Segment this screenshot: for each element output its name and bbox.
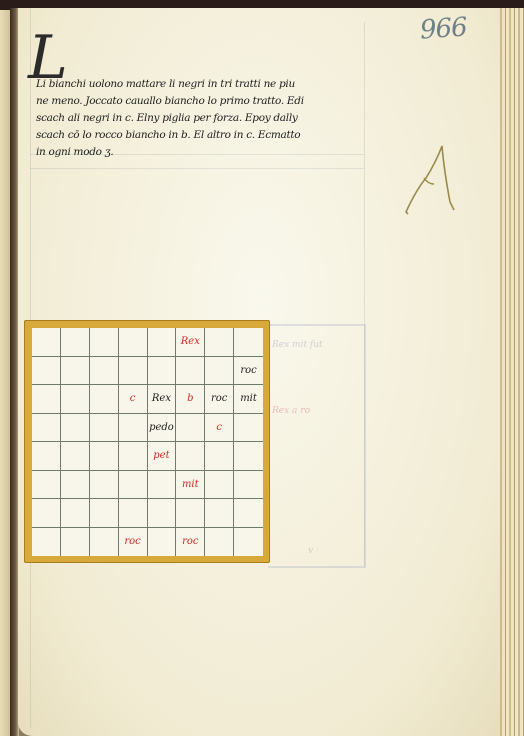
board-square — [90, 385, 119, 414]
board-square — [90, 528, 119, 557]
board-square — [119, 442, 148, 471]
board-square — [32, 528, 61, 557]
ruling-line — [30, 168, 364, 169]
board-square — [234, 499, 263, 528]
text-line: in ogni modo ʒ. — [36, 144, 372, 161]
board-square — [205, 357, 234, 386]
chess-piece-label: pedo — [149, 422, 174, 433]
chess-piece-label: mit — [182, 479, 199, 490]
bleed-through-text: Rex a ro — [272, 406, 310, 416]
board-square: roc — [234, 357, 263, 386]
page-stack-edges — [500, 8, 524, 736]
board-square — [61, 528, 90, 557]
text-line: scach cō lo rocco biancho in b. El altro… — [36, 127, 372, 144]
board-square — [119, 357, 148, 386]
board-square — [90, 471, 119, 500]
board-square — [90, 499, 119, 528]
chess-board-grid: RexroccRexbrocmitpedocpetmitrocroc — [32, 328, 263, 556]
chess-piece-label: roc — [124, 536, 140, 547]
board-square — [90, 414, 119, 443]
board-square — [148, 328, 177, 357]
board-square: roc — [176, 528, 205, 557]
board-square — [61, 471, 90, 500]
board-square — [176, 442, 205, 471]
chess-board: RexroccRexbrocmitpedocpetmitrocroc — [24, 320, 270, 563]
board-square — [32, 471, 61, 500]
board-square — [205, 471, 234, 500]
board-square — [32, 499, 61, 528]
board-square — [32, 357, 61, 386]
board-square — [205, 528, 234, 557]
board-square — [148, 499, 177, 528]
board-square — [234, 414, 263, 443]
bleed-through-text: v · — [308, 546, 319, 556]
board-square: mit — [176, 471, 205, 500]
board-square — [61, 385, 90, 414]
board-square: c — [205, 414, 234, 443]
board-square — [176, 414, 205, 443]
chess-piece-label: c — [216, 422, 222, 433]
board-square: Rex — [148, 385, 177, 414]
board-square — [32, 414, 61, 443]
board-square: Rex — [176, 328, 205, 357]
chess-piece-label: roc — [240, 365, 256, 376]
board-square — [119, 414, 148, 443]
board-square — [148, 471, 177, 500]
board-square — [119, 499, 148, 528]
board-square — [234, 471, 263, 500]
board-square — [234, 442, 263, 471]
board-square: pet — [148, 442, 177, 471]
board-square — [205, 442, 234, 471]
board-square — [90, 328, 119, 357]
board-square — [148, 528, 177, 557]
board-square: b — [176, 385, 205, 414]
board-square: mit — [234, 385, 263, 414]
chess-piece-label: pet — [153, 450, 169, 461]
chess-piece-label: c — [130, 393, 136, 404]
chess-piece-label: b — [187, 393, 193, 404]
board-square: roc — [119, 528, 148, 557]
board-square: roc — [205, 385, 234, 414]
board-square — [61, 414, 90, 443]
board-square — [32, 328, 61, 357]
board-square: pedo — [148, 414, 177, 443]
board-square — [90, 442, 119, 471]
board-square — [234, 528, 263, 557]
chess-piece-label: mit — [240, 393, 257, 404]
board-square — [176, 499, 205, 528]
problem-text: Li bianchi uolono mattare li negri in tr… — [36, 76, 372, 161]
board-square — [205, 499, 234, 528]
bleed-through-board: Rex mit fut Rex a ro v · — [268, 324, 366, 568]
bleed-through-text: Rex mit fut — [272, 340, 323, 350]
board-square — [32, 442, 61, 471]
text-line: Li bianchi uolono mattare li negri in tr… — [36, 76, 372, 93]
board-square — [61, 442, 90, 471]
chess-piece-label: roc — [211, 393, 227, 404]
board-square — [148, 357, 177, 386]
board-square — [176, 357, 205, 386]
board-square — [119, 328, 148, 357]
board-square — [119, 471, 148, 500]
board-square — [32, 385, 61, 414]
folio-number: 966 — [419, 12, 468, 45]
chess-piece-label: Rex — [152, 393, 171, 404]
board-square — [61, 328, 90, 357]
board-square — [61, 499, 90, 528]
chess-piece-label: roc — [182, 536, 198, 547]
board-square — [234, 328, 263, 357]
board-square — [90, 357, 119, 386]
board-square — [61, 357, 90, 386]
board-square — [205, 328, 234, 357]
chess-piece-label: Rex — [181, 336, 200, 347]
text-line: scach ali negri in c. Elny piglia per fo… — [36, 110, 372, 127]
margin-letter-a-icon — [402, 140, 462, 220]
text-line: ne meno. Joccato cauallo biancho lo prim… — [36, 93, 372, 110]
facing-page-edge — [0, 10, 10, 736]
board-square: c — [119, 385, 148, 414]
